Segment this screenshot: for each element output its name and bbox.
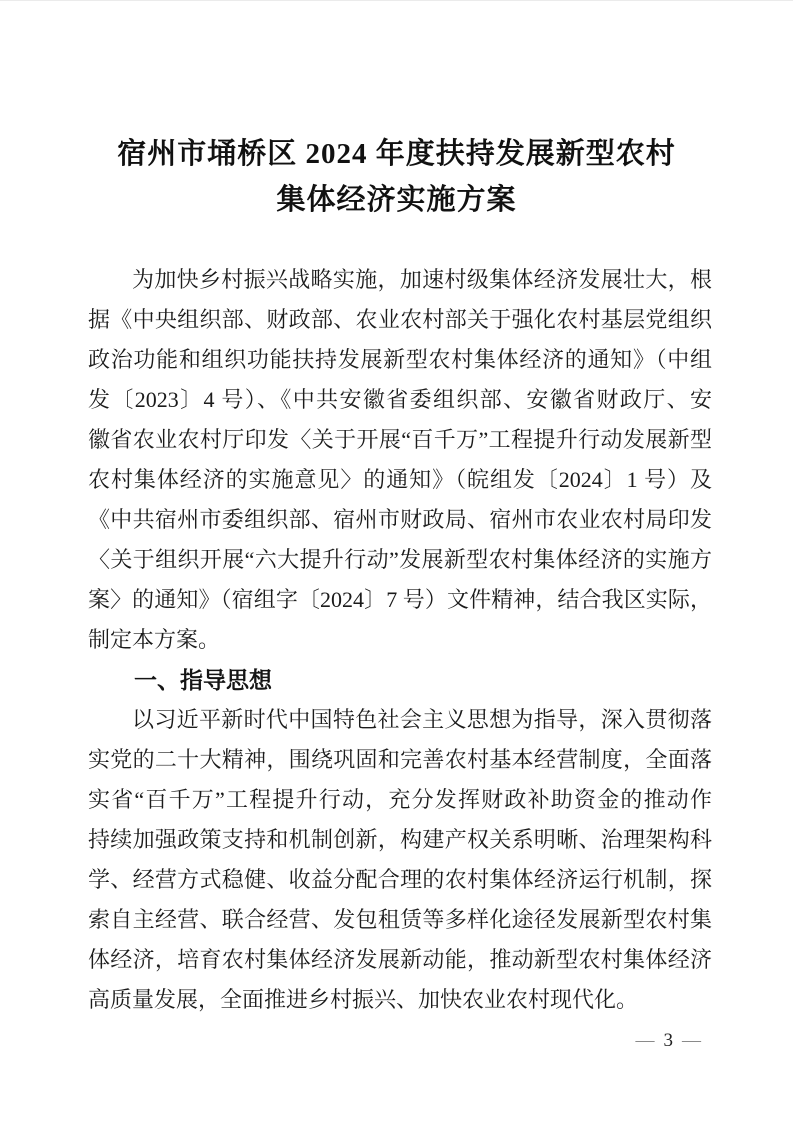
- intro-line-10: 制定本方案。: [88, 620, 712, 660]
- page-number-dash-right: —: [682, 1030, 701, 1051]
- guiding-line-4: 持续加强政策支持和机制创新，构建产权关系明晰、治理架构科: [88, 820, 712, 860]
- page-number-value: 3: [664, 1030, 674, 1051]
- intro-line-3: 政治功能和组织功能扶持发展新型农村集体经济的通知》（中组: [88, 340, 712, 380]
- intro-line-6: 农村集体经济的实施意见〉的通知》（皖组发〔2024〕1 号）及: [88, 460, 712, 500]
- guiding-line-2: 实党的二十大精神，围绕巩固和完善农村基本经营制度，全面落: [88, 740, 712, 780]
- guiding-line-8: 高质量发展，全面推进乡村振兴、加快农业农村现代化。: [88, 980, 712, 1020]
- guiding-line-3: 实省“百千万”工程提升行动，充分发挥财政补助资金的推动作用，: [88, 780, 712, 820]
- intro-line-8: 〈关于组织开展“六大提升行动”发展新型农村集体经济的实施方: [88, 540, 712, 580]
- intro-line-5: 徽省农业农村厅印发〈关于开展“百千万”工程提升行动发展新型: [88, 420, 712, 460]
- guiding-line-7: 体经济，培育农村集体经济发展新动能，推动新型农村集体经济: [88, 940, 712, 980]
- document-page: 宿州市埇桥区 2024 年度扶持发展新型农村 集体经济实施方案 为加快乡村振兴战…: [0, 0, 793, 1123]
- document-title-line-1: 宿州市埇桥区 2024 年度扶持发展新型农村: [0, 131, 793, 177]
- document-title-line-2: 集体经济实施方案: [0, 177, 793, 223]
- guiding-line-5: 学、经营方式稳健、收益分配合理的农村集体经济运行机制，探: [88, 860, 712, 900]
- intro-line-7: 《中共宿州市委组织部、宿州市财政局、宿州市农业农村局印发: [88, 500, 712, 540]
- document-title: 宿州市埇桥区 2024 年度扶持发展新型农村 集体经济实施方案: [0, 131, 793, 223]
- intro-line-2: 据《中央组织部、财政部、农业农村部关于强化农村基层党组织: [88, 300, 712, 340]
- page-number-dash-left: —: [636, 1030, 655, 1051]
- page-number: —3—: [636, 1029, 702, 1053]
- section-heading-guiding-ideology: 一、指导思想: [88, 660, 712, 700]
- guiding-line-1: 以习近平新时代中国特色社会主义思想为指导，深入贯彻落: [88, 700, 712, 740]
- document-body: 为加快乡村振兴战略实施，加速村级集体经济发展壮大，根 据《中央组织部、财政部、农…: [88, 260, 712, 1020]
- guiding-line-6: 索自主经营、联合经营、发包租赁等多样化途径发展新型农村集: [88, 900, 712, 940]
- intro-line-1: 为加快乡村振兴战略实施，加速村级集体经济发展壮大，根: [88, 260, 712, 300]
- intro-line-9: 案〉的通知》（宿组字〔2024〕7 号）文件精神，结合我区实际，: [88, 580, 712, 620]
- intro-line-4: 发〔2023〕4 号）、《中共安徽省委组织部、安徽省财政厅、安: [88, 380, 712, 420]
